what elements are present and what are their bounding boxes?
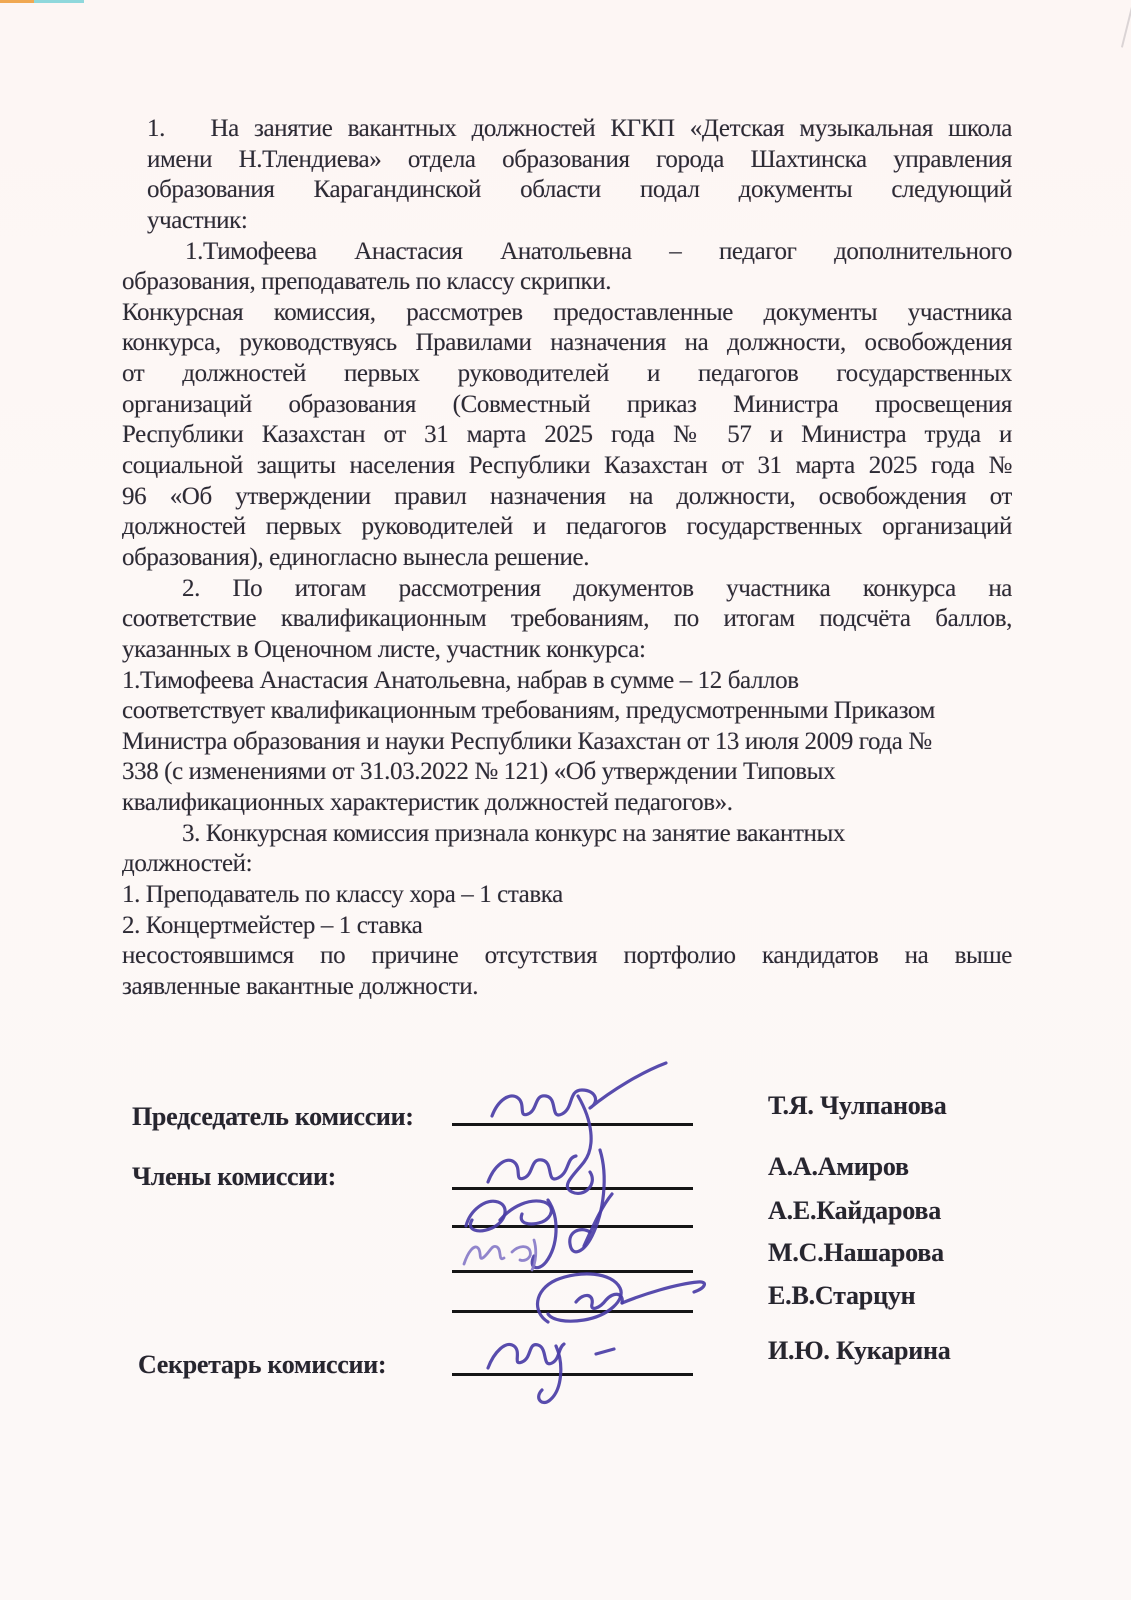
signature-secretary: [488, 1344, 614, 1403]
text-line: 1.Тимофеева Анастасия Анатольевна – педа…: [185, 237, 1012, 268]
text-line: должностей первых руководителей и педаго…: [122, 512, 1012, 543]
text-line: 1. Преподаватель по классу хора – 1 став…: [122, 880, 1012, 911]
signer-name: И.Ю. Кукарина: [768, 1336, 951, 1366]
text-line: Министра образования и науки Республики …: [122, 727, 1012, 758]
text-line: образования, преподаватель по классу скр…: [122, 267, 1012, 298]
handwritten-signatures: [440, 1040, 740, 1410]
scan-corner-artifact: [1121, 6, 1131, 47]
text-line: образования Карагандинской области подал…: [147, 175, 1012, 206]
text-line: 1.Тимофеева Анастасия Анатольевна, набра…: [122, 666, 1012, 697]
signer-name: А.А.Амиров: [768, 1152, 909, 1182]
signer-name: Т.Я. Чулпанова: [768, 1091, 947, 1121]
text-line: квалификационных характеристик должносте…: [122, 788, 1012, 819]
text-line: несостоявшимся по причине отсутствия пор…: [122, 941, 1012, 972]
signature-member-kaidarova: [466, 1194, 612, 1268]
scanned-document-page: 1. На занятие вакантных должностей КГКП …: [0, 0, 1131, 1600]
document-body: 1. На занятие вакантных должностей КГКП …: [122, 114, 1012, 1003]
text-line: 3. Конкурсная комиссия признала конкурс …: [182, 819, 1012, 850]
text-line: соответствие квалификационным требования…: [122, 604, 1012, 635]
text-line: от должностей первых руководителей и пед…: [122, 359, 1012, 390]
signer-name: А.Е.Кайдарова: [768, 1196, 941, 1226]
text-line: Конкурсная комиссия, рассмотрев предоста…: [122, 298, 1012, 329]
signer-name: Е.В.Старцун: [768, 1281, 915, 1311]
text-line: должностей:: [122, 849, 1012, 880]
scan-edge-artifact-cyan: [34, 0, 84, 3]
signature-member-nasharova: [464, 1240, 536, 1270]
text-line: социальной защиты населения Республики К…: [122, 451, 1012, 482]
chairman-label: Председатель комиссии:: [132, 1102, 414, 1132]
text-line: 2. Концертмейстер – 1 ставка: [122, 911, 1012, 942]
text-line: 2. По итогам рассмотрения документов уча…: [182, 574, 1012, 605]
signature-member-startsun: [538, 1274, 705, 1322]
text-line: имени Н.Тлендиева» отдела образования го…: [147, 145, 1012, 176]
text-line: заявленные вакантные должности.: [122, 972, 1012, 1003]
text-line: 1. На занятие вакантных должностей КГКП …: [147, 114, 1012, 145]
secretary-label: Секретарь комиссии:: [138, 1350, 386, 1380]
text-line: указанных в Оценочном листе, участник ко…: [122, 635, 1012, 666]
text-line: 338 (с изменениями от 31.03.2022 № 121) …: [122, 757, 1012, 788]
text-line: конкурса, руководствуясь Правилами назна…: [122, 328, 1012, 359]
text-line: организаций образования (Совместный прик…: [122, 390, 1012, 421]
signer-name: М.С.Нашарова: [768, 1238, 944, 1268]
members-label: Члены комиссии:: [132, 1162, 336, 1192]
text-line: 96 «Об утверждении правил назначения на …: [122, 482, 1012, 513]
scan-edge-artifact-orange: [0, 0, 34, 3]
text-line: образования), единогласно вынесла решени…: [122, 543, 1012, 574]
text-line: участник:: [147, 206, 1012, 237]
text-line: соответствует квалификационным требовани…: [122, 696, 1012, 727]
text-line: Республики Казахстан от 31 марта 2025 го…: [122, 420, 1012, 451]
